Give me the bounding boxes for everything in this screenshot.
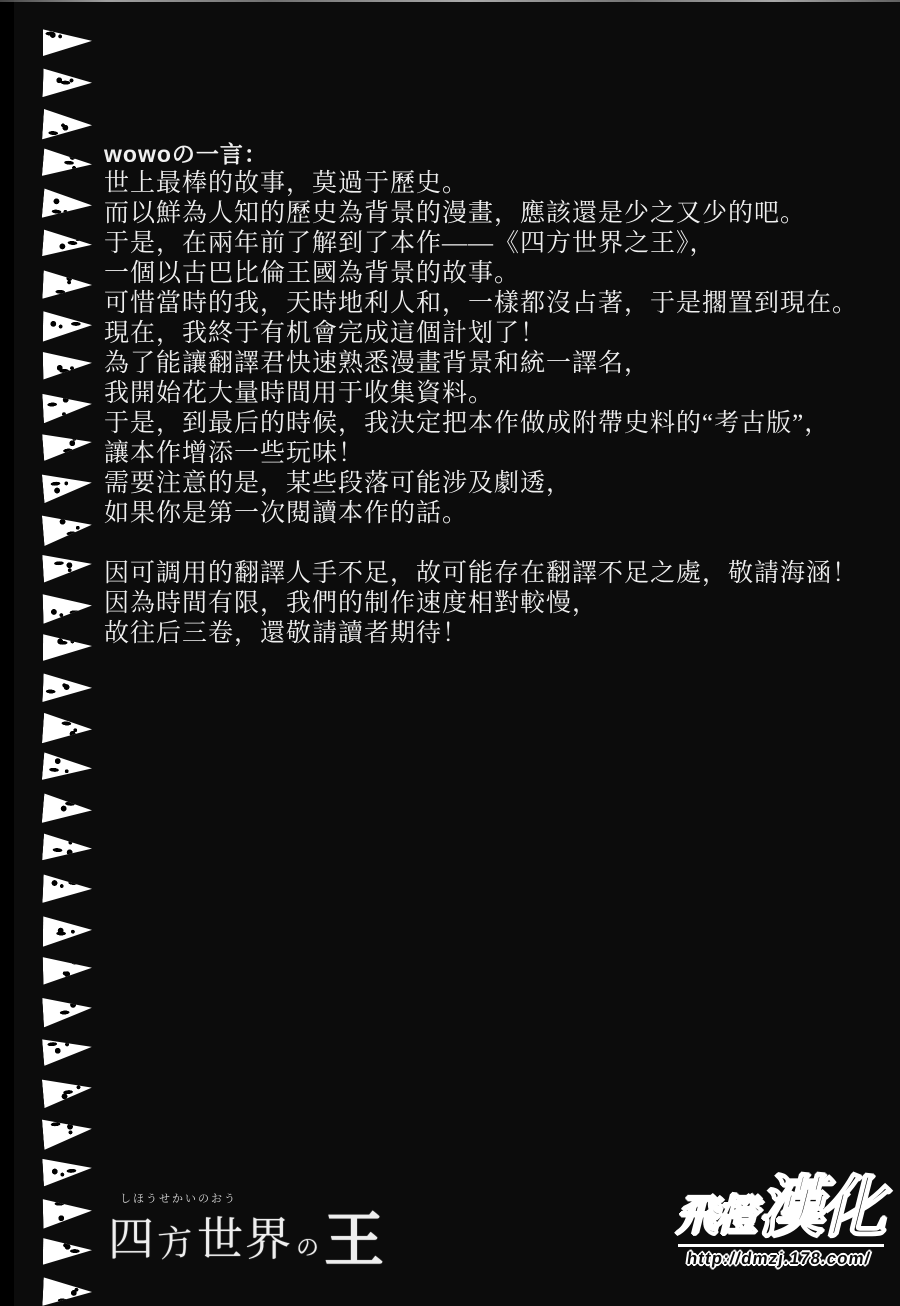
torn-notch — [43, 350, 93, 380]
scanlation-group-logo: 飛橙 漢化 http://dmzj.178.com/ — [670, 1176, 888, 1269]
afterword-closing: 因可調用的翻譯人手不足，故可能存在翻譯不足之處，敬請海涵！因為時間有限，我們的制… — [104, 559, 884, 649]
torn-notch — [43, 1237, 92, 1266]
afterword-text: wowoの一言： 世上最棒的故事，莫過于歷史。而以鮮為人知的歷史為背景的漫畫，應… — [104, 139, 884, 649]
torn-notch — [42, 751, 93, 784]
text-line: 讓本作增添一些玩味！ — [104, 439, 884, 469]
torn-notch — [42, 672, 92, 704]
torn-notch — [42, 510, 93, 546]
text-line: 如果你是第一次閱讀本作的話。 — [104, 499, 884, 529]
torn-notch — [42, 469, 93, 503]
text-line: 于是，到最后的時候，我決定把本作做成附帶史料的“考古版”， — [104, 409, 884, 439]
text-line: 因為時間有限，我們的制作速度相對較慢， — [104, 589, 884, 619]
torn-notch — [42, 792, 93, 827]
torn-notch — [42, 228, 93, 260]
series-title-part: 王 — [324, 1193, 384, 1279]
torn-notch — [42, 550, 93, 582]
torn-notch — [43, 28, 92, 56]
torn-notch — [42, 429, 93, 461]
series-title-logo: しほうせかいのおう 四 方 世界 の 王 — [108, 1190, 384, 1266]
series-title-part: 四 — [108, 1203, 154, 1269]
group-name-part: 飛橙 — [676, 1196, 756, 1238]
series-title-part: の — [296, 1229, 319, 1262]
torn-notch — [42, 711, 93, 746]
text-line: 于是，在兩年前了解到了本作——《四方世界之王》， — [104, 229, 884, 259]
series-title-text: 四 方 世界 の 王 — [108, 1206, 384, 1266]
torn-notch — [42, 147, 93, 180]
text-line: 我開始花大量時間用于收集資料。 — [104, 379, 884, 409]
torn-notch — [43, 914, 92, 946]
torn-notch — [43, 632, 92, 660]
text-line: 而以鮮為人知的歷史為背景的漫畫，應該還是少之又少的吧。 — [104, 199, 884, 229]
film-edge-strip — [0, 0, 14, 1306]
torn-notch — [42, 187, 94, 222]
torn-notch — [42, 1114, 93, 1150]
series-title-part: 方 — [155, 1214, 195, 1267]
group-name-part: 漢化 — [758, 1176, 882, 1242]
torn-notch — [42, 389, 93, 423]
torn-notch — [43, 310, 92, 343]
text-line: 為了能讓翻譯君快速熟悉漫畫背景和統一譯名， — [104, 349, 884, 379]
torn-notch — [42, 994, 93, 1028]
text-line: 世上最棒的故事，莫過于歷史。 — [104, 169, 884, 199]
afterword-heading: wowoの一言： — [104, 139, 884, 169]
torn-notch — [42, 873, 92, 905]
torn-notch — [42, 269, 92, 301]
text-line: 需要注意的是，某些段落可能涉及劇透， — [104, 469, 884, 499]
text-line: 因可調用的翻譯人手不足，故可能存在翻譯不足之處，敬請海涵！ — [104, 559, 884, 589]
torn-notch — [42, 832, 93, 863]
text-line: 現在，我終于有机會完成這個計划了！ — [104, 319, 884, 349]
scan-hairline — [0, 0, 900, 2]
torn-notch — [42, 1276, 92, 1306]
torn-notch — [42, 67, 92, 99]
torn-notch — [42, 107, 93, 142]
torn-notch — [43, 591, 93, 623]
text-line: 可惜當時的我，天時地利人和，一樣都沒占著，于是擱置到現在。 — [104, 289, 884, 319]
torn-notch — [42, 1034, 93, 1066]
torn-notch-column — [43, 0, 95, 1306]
group-url-text: http://dmzj.178.com/ — [686, 1249, 872, 1269]
text-line: 一個以古巴比倫王國為背景的故事。 — [104, 259, 884, 289]
scanlation-group-name: 飛橙 漢化 — [670, 1176, 888, 1242]
torn-notch — [42, 1074, 93, 1108]
torn-notch — [43, 954, 93, 984]
series-title-part: 世界 — [197, 1203, 293, 1269]
afterword-body: 世上最棒的故事，莫過于歷史。而以鮮為人知的歷史為背景的漫畫，應該還是少之又少的吧… — [104, 169, 884, 529]
text-line: 故往后三卷，還敬請讀者期待！ — [104, 619, 884, 649]
torn-notch — [43, 1196, 93, 1228]
torn-notch — [42, 1155, 93, 1187]
